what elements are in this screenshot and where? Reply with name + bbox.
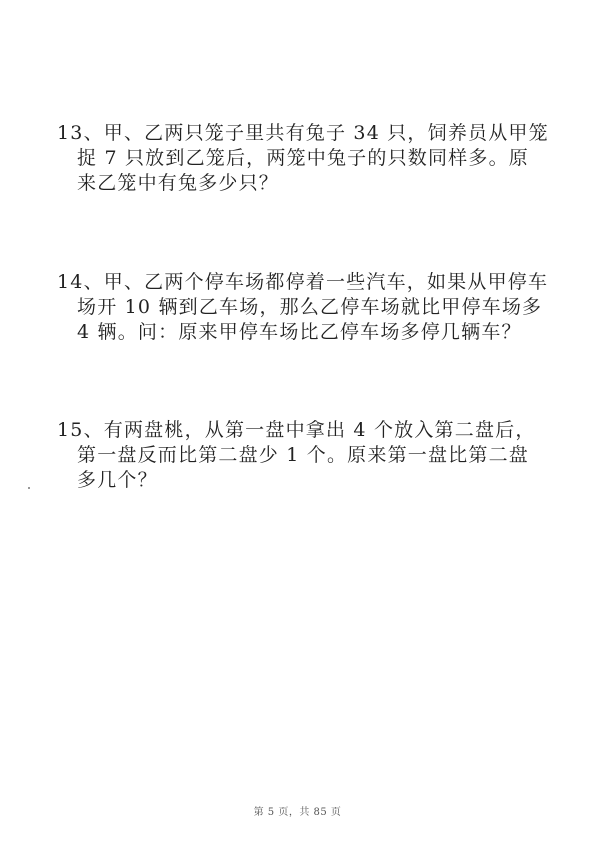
problem-line: 13、甲、乙两只笼子里共有兔子 34 只，饲养员从甲笼 (57, 121, 527, 146)
problem-line: 场开 10 辆到乙车场，那么乙停车场就比甲停车场多 (57, 295, 527, 320)
problem-line: 多几个？ (57, 468, 527, 493)
problem-line: 捉 7 只放到乙笼后，两笼中兔子的只数同样多。原 (57, 146, 527, 171)
problem-line: 第一盘反而比第二盘少 1 个。原来第一盘比第二盘 (57, 443, 527, 468)
problem-14: 14、甲、乙两个停车场都停着一些汽车，如果从甲停车 场开 10 辆到乙车场，那么… (57, 270, 527, 345)
page-footer: 第 5 页，共 85 页 (0, 803, 595, 818)
problem-line: 4 辆。问：原来甲停车场比乙停车场多停几辆车？ (57, 320, 527, 345)
problem-line: 14、甲、乙两个停车场都停着一些汽车，如果从甲停车 (57, 270, 527, 295)
problem-line: 15、有两盘桃，从第一盘中拿出 4 个放入第二盘后， (57, 418, 527, 443)
problem-13: 13、甲、乙两只笼子里共有兔子 34 只，饲养员从甲笼 捉 7 只放到乙笼后，两… (57, 121, 527, 196)
problem-15: 15、有两盘桃，从第一盘中拿出 4 个放入第二盘后， 第一盘反而比第二盘少 1 … (57, 418, 527, 493)
problem-line: 来乙笼中有兔多少只？ (57, 171, 527, 196)
stray-mark (28, 487, 30, 489)
